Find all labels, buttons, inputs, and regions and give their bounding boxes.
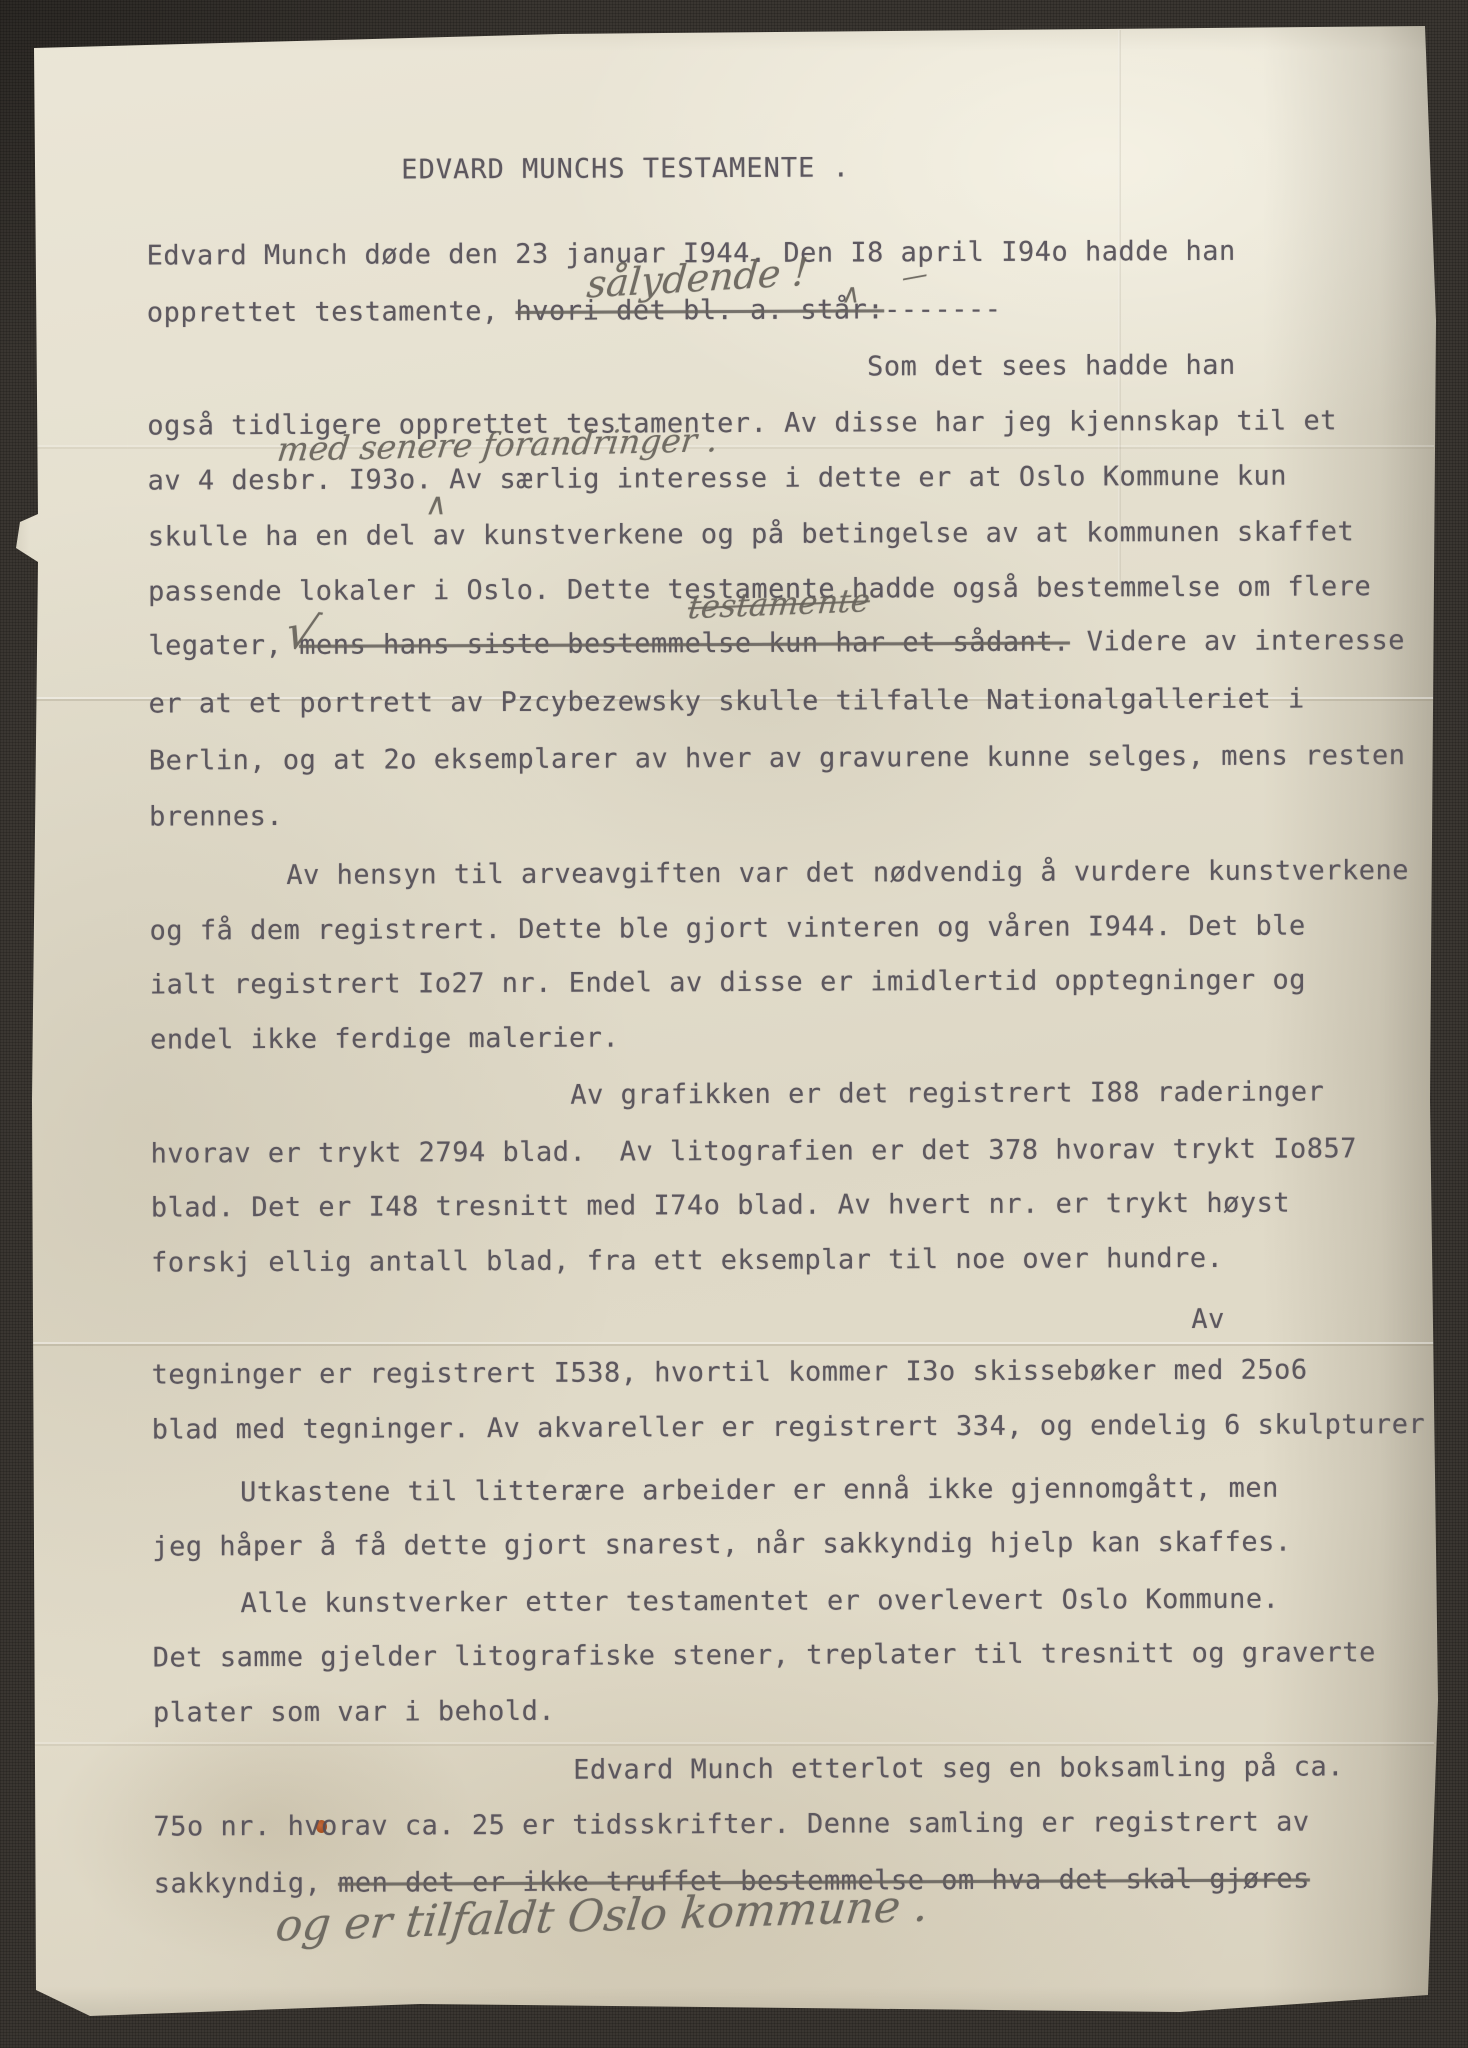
handwritten-annotation: —	[901, 259, 928, 294]
typed-line: Av grafikken er det registrert I88 rader…	[570, 1078, 1324, 1108]
typed-text: opprettet testamente,	[147, 296, 516, 329]
document-title: EDVARD MUNCHS TESTAMENTE .	[401, 154, 850, 183]
typed-text: Videre av interesse	[1070, 625, 1405, 657]
typed-line: Av	[1191, 1306, 1225, 1333]
typed-text: plater som var i behold.	[153, 1696, 555, 1729]
typed-line: opprettet testamente, hvori det bl. a. s…	[147, 296, 1002, 327]
typed-text: jeg håper å få dette gjort snarest, når …	[152, 1527, 1291, 1563]
typed-line: er at et portrett av Pzcybezewsky skulle…	[149, 686, 1305, 718]
typed-text: Alle kunstverker etter testamentet er ov…	[240, 1584, 1279, 1620]
handwritten-annotation: ∧	[423, 487, 450, 522]
struck-text: mens hans siste bestemmelse kun har et s…	[299, 627, 1070, 661]
typed-line: Det samme gjelder litografiske stener, t…	[153, 1639, 1376, 1671]
typed-line: Berlin, og at 2o eksemplarer av hver av …	[149, 742, 1406, 774]
handwritten-annotation: med senere forandringer .	[275, 420, 720, 469]
paper: EDVARD MUNCHS TESTAMENTE . Edvard Munch …	[0, 0, 1468, 2048]
typed-text: skulle ha en del av kunstverkene og på b…	[148, 516, 1355, 552]
typed-text: ialt registrert Io27 nr. Endel av disse …	[150, 965, 1306, 1001]
typed-line: endel ikke ferdige malerier.	[150, 1025, 619, 1054]
typed-line: blad. Det er I48 tresnitt med I74o blad.…	[151, 1190, 1290, 1222]
typed-text: hvorav er trykt 2794 blad. Av litografie…	[150, 1133, 1357, 1169]
typed-line: jeg håper å få dette gjort snarest, når …	[152, 1529, 1291, 1561]
typed-text: tegninger er registrert I538, hvortil ko…	[151, 1355, 1307, 1391]
typed-line: skulle ha en del av kunstverkene og på b…	[148, 518, 1354, 550]
typed-line: tegninger er registrert I538, hvortil ko…	[151, 1357, 1307, 1389]
scan-background: EDVARD MUNCHS TESTAMENTE . Edvard Munch …	[0, 0, 1468, 2048]
typed-text: endel ikke ferdige malerier.	[150, 1023, 619, 1056]
typed-text: Utkastene til litterære arbeider er ennå…	[240, 1473, 1279, 1509]
typed-line: ialt registrert Io27 nr. Endel av disse …	[150, 967, 1306, 999]
typed-line: Edvard Munch etterlot seg en boksamling …	[573, 1753, 1344, 1783]
typed-text: Berlin, og at 2o eksemplarer av hver av …	[149, 740, 1406, 776]
typed-text: sakkyndig,	[154, 1868, 338, 1900]
text-layer: EDVARD MUNCHS TESTAMENTE . Edvard Munch …	[0, 0, 1468, 2048]
typed-line: legater, mens hans siste bestemmelse kun…	[148, 627, 1405, 659]
typed-text: Av	[1191, 1304, 1225, 1335]
typed-line: og få dem registrert. Dette ble gjort vi…	[150, 913, 1306, 945]
typed-line: Alle kunstverker etter testamentet er ov…	[240, 1586, 1279, 1618]
typed-text: og få dem registrert. Dette ble gjort vi…	[150, 911, 1306, 947]
typed-line: forskj ellig antall blad, fra ett eksemp…	[151, 1245, 1223, 1277]
typed-line: blad med tegninger. Av akvareller er reg…	[152, 1411, 1426, 1444]
typed-text: Av grafikken er det registrert I88 rader…	[570, 1076, 1324, 1110]
typed-line: hvorav er trykt 2794 blad. Av litografie…	[151, 1135, 1357, 1167]
typed-line: Utkastene til litterære arbeider er ennå…	[240, 1475, 1279, 1507]
typed-line: plater som var i behold.	[153, 1698, 555, 1727]
typed-text: legater,	[148, 630, 299, 662]
typed-text: -------	[884, 294, 1001, 326]
typed-text: Det samme gjelder litografiske stener, t…	[153, 1637, 1376, 1673]
typed-text: brennes.	[149, 801, 283, 833]
typed-text: Av hensyn til arveavgiften var det nødve…	[286, 855, 1409, 891]
typed-text: blad. Det er I48 tresnitt med I74o blad.…	[151, 1188, 1290, 1224]
typed-text: 75o nr. hvorav ca. 25 er tidsskrifter. D…	[153, 1806, 1309, 1842]
typed-line: Av hensyn til arveavgiften var det nødve…	[286, 857, 1409, 889]
typed-text: Edvard Munch etterlot seg en boksamling …	[573, 1751, 1344, 1785]
typed-text: Som det sees hadde han	[867, 350, 1236, 383]
typed-text: er at et portrett av Pzcybezewsky skulle…	[149, 684, 1305, 720]
handwritten-annotation: testamente	[686, 581, 872, 626]
typed-text: blad med tegninger. Av akvareller er reg…	[152, 1409, 1426, 1446]
typed-text: forskj ellig antall blad, fra ett eksemp…	[151, 1243, 1223, 1279]
typed-line: 75o nr. hvorav ca. 25 er tidsskrifter. D…	[153, 1808, 1309, 1840]
typed-line: Som det sees hadde han	[867, 352, 1236, 381]
typed-line: brennes.	[149, 803, 283, 831]
